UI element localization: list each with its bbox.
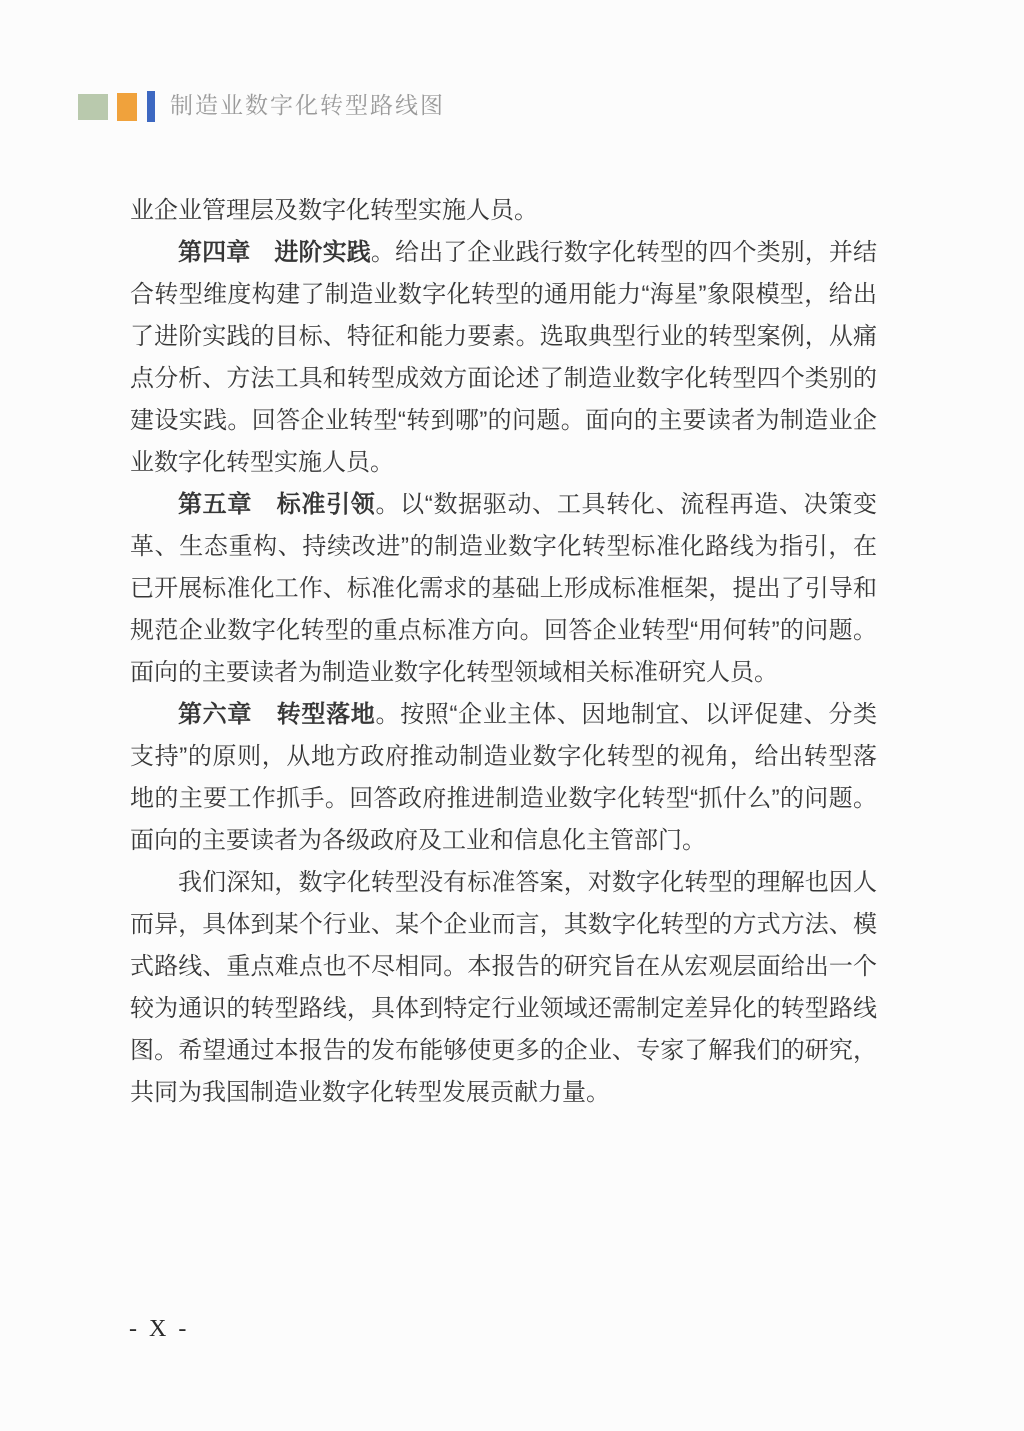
document-page: 制造业数字化转型路线图 业企业管理层及数字化转型实施人员。第四章 进阶实践。给出… <box>0 0 1024 1431</box>
chapter-heading: 第六章 转型落地 <box>178 701 375 728</box>
paragraph: 第五章 标准引领。以“数据驱动、工具转化、流程再造、决策变革、生态重构、持续改进… <box>130 484 877 694</box>
header-decor-green-square <box>78 94 108 120</box>
header-title: 制造业数字化转型路线图 <box>170 91 445 121</box>
page-footer: - X - <box>129 1316 189 1343</box>
header-decor-orange-square <box>117 93 137 121</box>
paragraph: 我们深知，数字化转型没有标准答案，对数字化转型的理解也因人而异，具体到某个行业、… <box>130 862 877 1114</box>
body-paragraphs: 业企业管理层及数字化转型实施人员。第四章 进阶实践。给出了企业践行数字化转型的四… <box>130 190 877 1114</box>
page-header: 制造业数字化转型路线图 <box>78 90 445 122</box>
chapter-heading: 第四章 进阶实践 <box>178 239 371 266</box>
paragraph: 业企业管理层及数字化转型实施人员。 <box>130 190 877 232</box>
header-decor-blue-bar <box>147 91 155 122</box>
paragraph: 第六章 转型落地。按照“企业主体、因地制宜、以评促建、分类支持”的原则，从地方政… <box>130 694 877 862</box>
page-number: - X - <box>129 1316 189 1342</box>
chapter-heading: 第五章 标准引领 <box>178 491 375 518</box>
paragraph: 第四章 进阶实践。给出了企业践行数字化转型的四个类别，并结合转型维度构建了制造业… <box>130 232 877 484</box>
